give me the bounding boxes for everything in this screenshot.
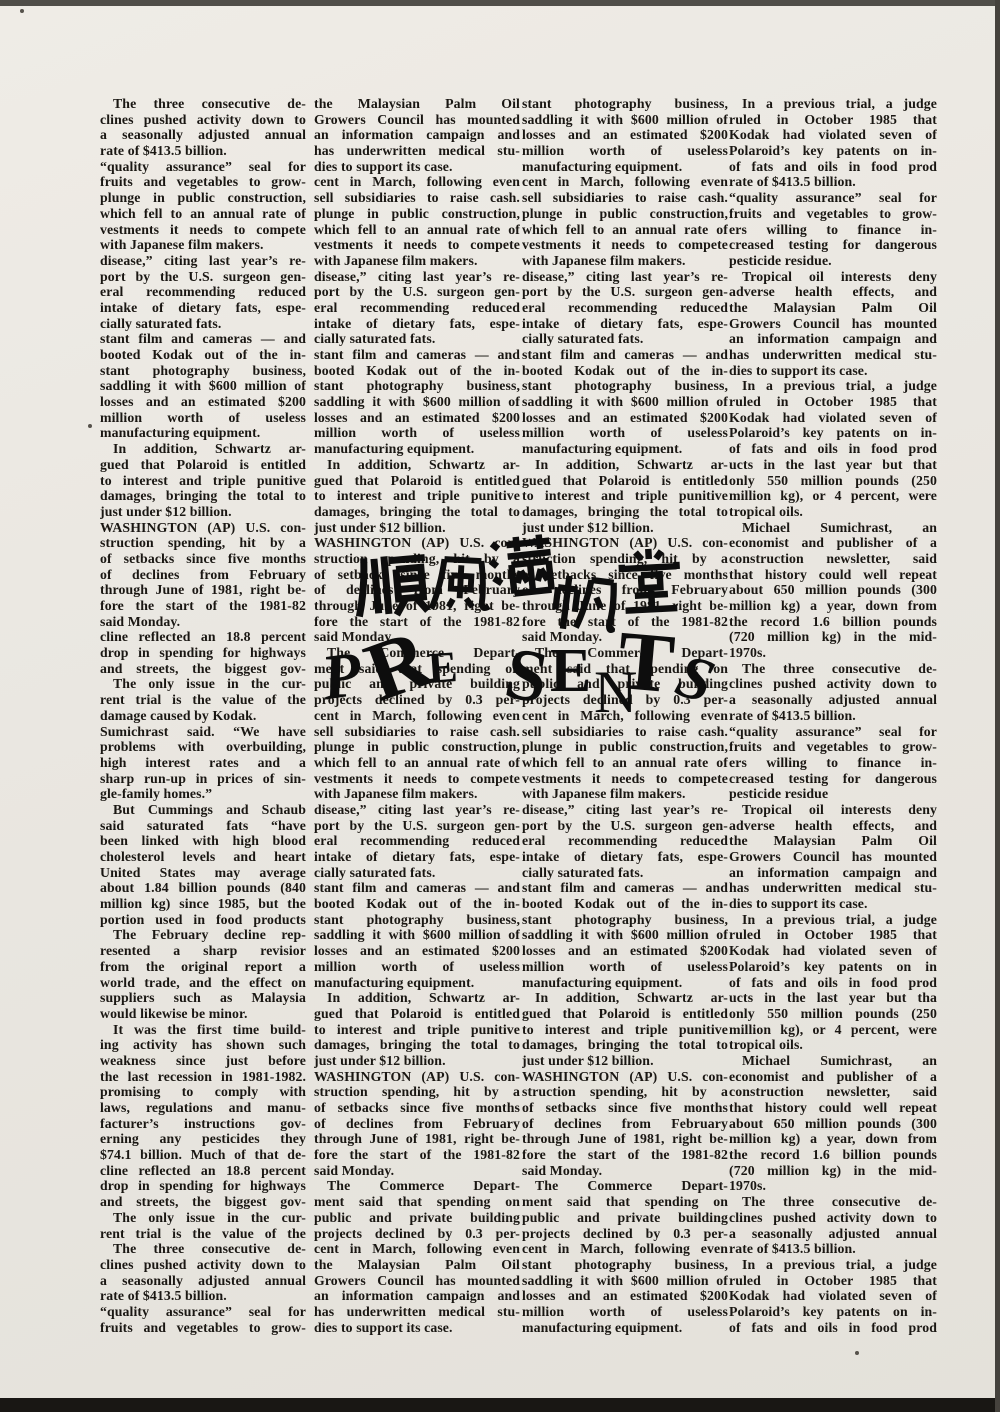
text-line: tropical oils. (729, 504, 937, 520)
text-line: which fell to an annual rate of (314, 755, 520, 771)
text-line: erning any pesticides they (100, 1131, 306, 1147)
text-line: saddling it with $600 million of (314, 394, 520, 410)
text-line: cent in March, following even (314, 174, 520, 190)
text-line: would likewise be minor. (100, 1006, 306, 1022)
text-line: sell subsidiaries to raise cash. (314, 724, 520, 740)
text-line: Kodak had violated seven of (729, 410, 937, 426)
text-line: Polaroid’s key patents on in- (729, 143, 937, 159)
text-line: eral recommending reduced (522, 833, 728, 849)
text-line: the Malaysian Palm Oil (729, 300, 937, 316)
text-line: vestments it needs to compete (522, 237, 728, 253)
text-line: laws, regulations and manu- (100, 1100, 306, 1116)
text-line: creased testing for dangerous (729, 771, 937, 787)
text-line: manufacturing equipment. (522, 975, 728, 991)
text-line: only 550 million pounds (250 (729, 473, 937, 489)
text-line: rate of $413.5 billion. (100, 143, 306, 159)
text-line: through June of 1981, right be- (522, 598, 728, 614)
text-line: In addition, Schwartz ar- (522, 457, 728, 473)
text-line: struction spending, hit by a (314, 1084, 520, 1100)
text-line: “quality assurance” seal for (100, 1304, 306, 1320)
text-line: intake of dietary fats, espe- (314, 849, 520, 865)
text-line: manufacturing equipment. (522, 159, 728, 175)
text-line: stant photography business, (100, 363, 306, 379)
text-line: creased testing for dangerous (729, 237, 937, 253)
text-line: Growers Council has mounted (729, 849, 937, 865)
text-line: through June of 1981, right be- (314, 1131, 520, 1147)
text-line: with Japanese film makers. (522, 786, 728, 802)
text-line: port by the U.S. surgeon gen- (522, 284, 728, 300)
text-line: Kodak had violated seven of (729, 127, 937, 143)
text-line: sell subsidiaries to raise cash. (314, 190, 520, 206)
text-line: an information campaign and (729, 331, 937, 347)
text-line: damages, bringing the total to (522, 1037, 728, 1053)
text-line: ruled in October 1985 that (729, 1273, 937, 1289)
text-line: to interest and triple punitive (100, 473, 306, 489)
text-line: ment said that spending on (314, 661, 520, 677)
text-line: struction spending, hit by a (100, 535, 306, 551)
text-line: adverse health effects, and (729, 818, 937, 834)
text-line: that history could well repeat (729, 567, 937, 583)
text-line: port by the U.S. surgeon gen- (100, 269, 306, 285)
text-line: million kg) since 1985, but the (100, 896, 306, 912)
text-line: cent in March, following even (522, 708, 728, 724)
text-line: plunge in public construction, (100, 190, 306, 206)
text-line: from the original report a (100, 959, 306, 975)
text-line: booted Kodak out of the in- (314, 896, 520, 912)
text-line: of fats and oils in food prod (729, 441, 937, 457)
text-line: fruits and vegetables to grow- (100, 1320, 306, 1336)
text-line: said Monday. (522, 629, 728, 645)
text-line: losses and an estimated $200 (522, 410, 728, 426)
text-line: stant photography business, (522, 912, 728, 928)
text-line: sell subsidiaries to raise cash. (522, 724, 728, 740)
text-line: In a previous trial, a judge (729, 378, 937, 394)
text-line: rent trial is the value of the (100, 1226, 306, 1242)
text-line: dies to support its case. (729, 363, 937, 379)
text-line: plunge in public construction, (314, 739, 520, 755)
text-line: port by the U.S. surgeon gen- (522, 818, 728, 834)
text-line: facturer’s instructions gov- (100, 1116, 306, 1132)
text-line: vestments it needs to compete (314, 771, 520, 787)
text-line: world trade, and the effect on (100, 975, 306, 991)
text-line: sell subsidiaries to raise cash. (522, 190, 728, 206)
text-line: stant film and cameras — and (314, 880, 520, 896)
text-line: eral recommending reduced (314, 300, 520, 316)
text-line: drop in spending for highways (100, 645, 306, 661)
text-line: dies to support its case. (314, 1320, 520, 1336)
text-line: the Malaysian Palm Oil (314, 1257, 520, 1273)
text-line: a seasonally adjusted annual (729, 1226, 937, 1242)
text-line: In addition, Schwartz ar- (100, 441, 306, 457)
text-line: million kg) a year, down from (729, 1131, 937, 1147)
text-line: WASHINGTON (AP) U.S. con- (522, 1069, 728, 1085)
text-line: construction newsletter, said (729, 551, 937, 567)
text-line: about 650 million pounds (300 (729, 582, 937, 598)
text-line: disease,” citing last year’s re- (314, 802, 520, 818)
text-line: fruits and vegetables to grow- (729, 206, 937, 222)
text-line: The Commerce Depart- (314, 1178, 520, 1194)
text-line: been linked with high blood (100, 833, 306, 849)
text-line: The only issue in the cur- (100, 676, 306, 692)
text-line: The Commerce Depart- (522, 1178, 728, 1194)
text-line: of declines from February (314, 582, 520, 598)
text-line: vestments it needs to compete (314, 237, 520, 253)
text-line: stant photography business, (522, 378, 728, 394)
text-line: losses and an estimated $200 (314, 943, 520, 959)
text-line: eral recommending reduced (314, 833, 520, 849)
text-line: Polaroid’s key patents on in (729, 959, 937, 975)
text-line: fore the start of the 1981-82 (314, 1147, 520, 1163)
text-line: million worth of useless (522, 143, 728, 159)
text-line: problems with overbuilding, (100, 739, 306, 755)
text-line: cent in March, following even (314, 708, 520, 724)
text-line: public and private building (522, 1210, 728, 1226)
text-line: dies to support its case. (729, 896, 937, 912)
text-line: to interest and triple punitive (314, 488, 520, 504)
text-line: economist and publisher of a (729, 1069, 937, 1085)
text-line: suppliers such as Malaysia (100, 990, 306, 1006)
text-line: a seasonally adjusted annual (729, 692, 937, 708)
text-line: “quality assurance” seal for (100, 159, 306, 175)
text-line: a seasonally adjusted annual (100, 1273, 306, 1289)
text-line: ucts in the last year but tha (729, 990, 937, 1006)
text-line: Kodak had violated seven of (729, 1288, 937, 1304)
text-line: Michael Sumichrast, an (729, 520, 937, 536)
scan-edge-top (0, 0, 1000, 6)
text-line: of fats and oils in food prod (729, 975, 937, 991)
text-line: In addition, Schwartz ar- (314, 990, 520, 1006)
text-line: only 550 million pounds (250 (729, 1006, 937, 1022)
text-line: stant film and cameras — and (100, 331, 306, 347)
text-line: of declines from February (100, 567, 306, 583)
text-line: and streets, the biggest gov- (100, 1194, 306, 1210)
text-line: gued that Polaroid is entitled (314, 1006, 520, 1022)
text-line: WASHINGTON (AP) U.S. con- (522, 535, 728, 551)
text-line: vestments it needs to compete (100, 222, 306, 238)
text-line: tropical oils. (729, 1037, 937, 1053)
text-line: which fell to an annual rate of (522, 755, 728, 771)
text-line: which fell to an annual rate of (314, 222, 520, 238)
text-line: intake of dietary fats, espe- (522, 849, 728, 865)
text-line: Polaroid’s key patents on in- (729, 1304, 937, 1320)
text-line: public and private building (314, 1210, 520, 1226)
text-line: promising to comply with (100, 1084, 306, 1100)
text-line: WASHINGTON (AP) U.S. con- (314, 1069, 520, 1085)
text-column-2: the Malaysian Palm OilGrowers Council ha… (314, 96, 520, 1335)
text-line: about 1.84 billion pounds (840 (100, 880, 306, 896)
text-line: cent in March, following even (314, 1241, 520, 1257)
text-line: about 650 million pounds (300 (729, 1116, 937, 1132)
text-line: to interest and triple punitive (522, 1022, 728, 1038)
text-line: fore the start of the 1981-82 (522, 614, 728, 630)
text-line: struction spending, hit by a (522, 1084, 728, 1100)
text-line: But Cummings and Schaub (100, 802, 306, 818)
text-line: WASHINGTON (AP) U.S. con- (314, 535, 520, 551)
text-line: losses and an estimated $200 (522, 127, 728, 143)
text-line: stant photography business, (522, 1257, 728, 1273)
text-line: The February decline rep- (100, 927, 306, 943)
text-line: ing activity has shown such (100, 1037, 306, 1053)
text-line: projects declined by 0.3 per- (522, 1226, 728, 1242)
text-line: stant photography business, (522, 96, 728, 112)
text-line: the Malaysian Palm Oil (729, 833, 937, 849)
text-line: cline reflected an 18.8 percent (100, 1163, 306, 1179)
text-line: manufacturing equipment. (314, 441, 520, 457)
text-line: stant film and cameras — and (522, 347, 728, 363)
text-line: million worth of useless (314, 425, 520, 441)
text-line: an information campaign and (314, 1288, 520, 1304)
text-line: cially saturated fats. (314, 865, 520, 881)
text-line: ment said that spending on (522, 661, 728, 677)
text-line: just under $12 billion. (314, 520, 520, 536)
text-line: public and private building (522, 676, 728, 692)
text-line: vestments it needs to compete (522, 771, 728, 787)
text-line: and streets, the biggest gov- (100, 661, 306, 677)
text-line: Sumichrast said. “We have (100, 724, 306, 740)
text-line: cline reflected an 18.8 percent (100, 629, 306, 645)
scan-speck (88, 424, 92, 428)
text-line: It was the first time build- (100, 1022, 306, 1038)
text-line: to interest and triple punitive (522, 488, 728, 504)
text-line: to interest and triple punitive (314, 1022, 520, 1038)
text-line: high interest rates and a (100, 755, 306, 771)
text-line: $74.1 billion. Much of that de- (100, 1147, 306, 1163)
text-line: with Japanese film makers. (522, 253, 728, 269)
text-line: The Commerce Depart- (522, 645, 728, 661)
text-line: said saturated fats “have (100, 818, 306, 834)
text-line: intake of dietary fats, espe- (522, 316, 728, 332)
text-line: the record 1.6 billion pounds (729, 1147, 937, 1163)
text-line: of fats and oils in food prod (729, 1320, 937, 1336)
scan-edge-right (995, 0, 1000, 1412)
text-line: million worth of useless (522, 425, 728, 441)
text-line: that history could well repeat (729, 1100, 937, 1116)
text-line: saddling it with $600 million of (522, 1273, 728, 1289)
text-line: intake of dietary fats, espe- (100, 300, 306, 316)
text-column-3: stant photography business,saddling it w… (522, 96, 728, 1335)
scan-speck (855, 1351, 859, 1355)
text-line: rate of $413.5 billion. (729, 708, 937, 724)
text-line: damages, bringing the total to (100, 488, 306, 504)
text-line: losses and an estimated $200 (522, 1288, 728, 1304)
text-line: said Monday. (100, 614, 306, 630)
text-line: stant film and cameras — and (522, 880, 728, 896)
text-line: of setbacks since five months (522, 1100, 728, 1116)
text-column-4: In a previous trial, a judgeruled in Oct… (729, 96, 937, 1335)
text-line: which fell to an annual rate of (100, 206, 306, 222)
scan-speck (20, 9, 24, 13)
text-line: construction newsletter, said (729, 1084, 937, 1100)
text-line: of declines from February (314, 1116, 520, 1132)
text-line: fruits and vegetables to grow- (729, 739, 937, 755)
text-line: clines pushed activity down to (729, 676, 937, 692)
text-line: (720 million kg) in the mid- (729, 1163, 937, 1179)
text-line: projects declined by 0.3 per- (314, 692, 520, 708)
text-line: of declines from February (522, 582, 728, 598)
text-line: In a previous trial, a judge (729, 912, 937, 928)
text-line: The three consecutive de- (729, 661, 937, 677)
text-line: saddling it with $600 million of (100, 378, 306, 394)
text-line: 1970s. (729, 1178, 937, 1194)
text-line: manufacturing equipment. (522, 441, 728, 457)
text-line: resented a sharp revisior (100, 943, 306, 959)
text-line: 1970s. (729, 645, 937, 661)
text-line: of setbacks since five months (100, 551, 306, 567)
text-line: ment said that spending on (314, 1194, 520, 1210)
text-line: through June of 1981, right be- (522, 1131, 728, 1147)
text-line: adverse health effects, and (729, 284, 937, 300)
text-line: with Japanese film makers. (100, 237, 306, 253)
scan-edge-bottom (0, 1398, 1000, 1412)
text-line: dies to support its case. (314, 159, 520, 175)
text-line: Kodak had violated seven of (729, 943, 937, 959)
text-line: of setbacks since five months (522, 567, 728, 583)
text-line: a seasonally adjusted annual (100, 127, 306, 143)
text-line: gued that Polaroid is entitled (314, 473, 520, 489)
text-line: weakness since just before (100, 1053, 306, 1069)
text-line: million kg), or 4 percent, were (729, 1022, 937, 1038)
text-line: million worth of useless (314, 959, 520, 975)
text-line: cially saturated fats. (522, 331, 728, 347)
text-line: has underwritten medical stu- (729, 347, 937, 363)
text-line: cially saturated fats. (522, 865, 728, 881)
text-line: just under $12 billion. (522, 520, 728, 536)
text-line: saddling it with $600 million of (522, 112, 728, 128)
text-line: through June of 1981, right be- (314, 598, 520, 614)
text-line: said Monday. (522, 1163, 728, 1179)
text-line: The only issue in the cur- (100, 1210, 306, 1226)
text-line: eral recommending reduced (100, 284, 306, 300)
text-line: plunge in public construction, (522, 206, 728, 222)
text-line: has underwritten medical stu- (314, 1304, 520, 1320)
scanned-newspaper-page: The three consecutive de-clines pushed a… (0, 0, 1000, 1412)
text-line: In addition, Schwartz ar- (522, 990, 728, 1006)
text-line: losses and an estimated $200 (314, 410, 520, 426)
text-line: Michael Sumichrast, an (729, 1053, 937, 1069)
text-line: the last recession in 1981-1982. (100, 1069, 306, 1085)
text-line: damages, bringing the total to (314, 504, 520, 520)
text-line: of declines from February (522, 1116, 728, 1132)
text-line: manufacturing equipment. (100, 425, 306, 441)
text-line: booted Kodak out of the in- (522, 363, 728, 379)
text-line: portion used in food products (100, 912, 306, 928)
text-line: Tropical oil interests deny (729, 802, 937, 818)
text-line: Polaroid’s key patents on in- (729, 425, 937, 441)
text-line: just under $12 billion. (314, 1053, 520, 1069)
text-line: with Japanese film makers. (314, 253, 520, 269)
text-line: The three consecutive de- (729, 1194, 937, 1210)
text-line: disease,” citing last year’s re- (100, 253, 306, 269)
text-line: fore the start of the 1981-82 (522, 1147, 728, 1163)
text-line: ruled in October 1985 that (729, 394, 937, 410)
text-line: cially saturated fats. (100, 316, 306, 332)
text-line: saddling it with $600 million of (314, 927, 520, 943)
text-line: the Malaysian Palm Oil (314, 96, 520, 112)
text-line: the record 1.6 billion pounds (729, 614, 937, 630)
text-line: pesticide residue. (729, 253, 937, 269)
text-line: plunge in public construction, (314, 206, 520, 222)
text-line: losses and an estimated $200 (522, 943, 728, 959)
text-line: The Commerce Depart- (314, 645, 520, 661)
text-line: manufacturing equipment. (522, 1320, 728, 1336)
text-line: sharp run-up in prices of sin- (100, 771, 306, 787)
text-line: which fell to an annual rate of (522, 222, 728, 238)
text-line: ruled in October 1985 that (729, 927, 937, 943)
text-line: with Japanese film makers. (314, 786, 520, 802)
text-line: port by the U.S. surgeon gen- (314, 284, 520, 300)
text-line: booted Kodak out of the in- (314, 363, 520, 379)
text-line: rate of $413.5 billion. (100, 1288, 306, 1304)
text-line: cially saturated fats. (314, 331, 520, 347)
text-line: million kg), or 4 percent, were (729, 488, 937, 504)
text-line: (720 million kg) in the mid- (729, 629, 937, 645)
text-line: ruled in October 1985 that (729, 112, 937, 128)
text-line: United States may average (100, 865, 306, 881)
text-line: In addition, Schwartz ar- (314, 457, 520, 473)
text-line: pesticide residue (729, 786, 937, 802)
text-line: In a previous trial, a judge (729, 1257, 937, 1273)
text-line: Tropical oil interests deny (729, 269, 937, 285)
text-line: said Monday. (314, 629, 520, 645)
text-line: cent in March, following even (522, 1241, 728, 1257)
text-line: “quality assurance” seal for (729, 724, 937, 740)
text-line: fore the start of the 1981-82 (100, 598, 306, 614)
text-line: Growers Council has mounted (729, 316, 937, 332)
text-line: losses and an estimated $200 (100, 394, 306, 410)
text-line: plunge in public construction, (522, 739, 728, 755)
text-line: said Monday. (314, 1163, 520, 1179)
text-line: stant photography business, (314, 912, 520, 928)
text-line: projects declined by 0.3 per- (522, 692, 728, 708)
text-line: projects declined by 0.3 per- (314, 1226, 520, 1242)
text-line: rate of $413.5 billion. (729, 1241, 937, 1257)
text-line: The three consecutive de- (100, 1241, 306, 1257)
text-line: clines pushed activity down to (729, 1210, 937, 1226)
text-line: intake of dietary fats, espe- (314, 316, 520, 332)
text-line: million worth of useless (522, 959, 728, 975)
text-line: saddling it with $600 million of (522, 927, 728, 943)
text-line: disease,” citing last year’s re- (522, 802, 728, 818)
text-line: damage caused by Kodak. (100, 708, 306, 724)
text-line: of fats and oils in food prod (729, 159, 937, 175)
text-line: “quality assurance” seal for (729, 190, 937, 206)
text-line: gued that Polaroid is entitled (522, 473, 728, 489)
text-line: of setbacks since five months (314, 567, 520, 583)
text-line: damages, bringing the total to (314, 1037, 520, 1053)
text-line: million worth of useless (522, 1304, 728, 1320)
text-line: saddling it with $600 million of (522, 394, 728, 410)
text-line: booted Kodak out of the in- (100, 347, 306, 363)
text-line: ucts in the last year but that (729, 457, 937, 473)
text-line: cent in March, following even (522, 174, 728, 190)
text-line: has underwritten medical stu- (729, 880, 937, 896)
text-line: an information campaign and (729, 865, 937, 881)
text-line: struction spending, hit by a (522, 551, 728, 567)
text-line: port by the U.S. surgeon gen- (314, 818, 520, 834)
text-line: cholesterol levels and heart (100, 849, 306, 865)
text-line: gued that Polaroid is entitled (100, 457, 306, 473)
text-line: fore the start of the 1981-82 (314, 614, 520, 630)
text-line: million worth of useless (100, 410, 306, 426)
text-line: Growers Council has mounted (314, 1273, 520, 1289)
text-line: fruits and vegetables to grow- (100, 174, 306, 190)
text-line: ment said that spending on (522, 1194, 728, 1210)
text-line: just under $12 billion. (522, 1053, 728, 1069)
text-line: rate of $413.5 billion. (729, 174, 937, 190)
text-line: drop in spending for highways (100, 1178, 306, 1194)
text-line: of setbacks since five months (314, 1100, 520, 1116)
text-line: disease,” citing last year’s re- (314, 269, 520, 285)
